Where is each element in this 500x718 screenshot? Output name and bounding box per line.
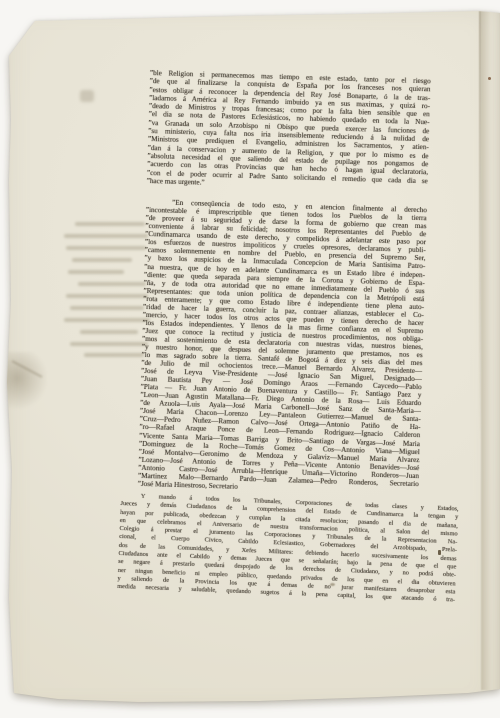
show-through-mark: [80, 90, 94, 102]
fold-strip: [481, 11, 500, 690]
fold-crease-line: [479, 11, 481, 441]
paragraph-declaration-signatures: ”En conseqüencia de todo esto, y en aten…: [138, 198, 427, 496]
paper-wrinkle: [4, 352, 48, 410]
printed-text-block: ”ble Religion si permanecemos mas tiempo…: [138, 69, 431, 496]
scan-background: ”ble Religion si permanecemos mas tiempo…: [0, 0, 500, 718]
ink-speck: [488, 77, 491, 80]
paper-sheet: ”ble Religion si permanecemos mas tiempo…: [0, 0, 500, 718]
paragraph-closing-order: Y mando á todos los Tribunales, Corporac…: [117, 492, 459, 605]
document-page: ”ble Religion si permanecemos mas tiempo…: [0, 0, 500, 718]
paragraph-religion: ”ble Religion si permanecemos mas tiempo…: [147, 69, 431, 193]
